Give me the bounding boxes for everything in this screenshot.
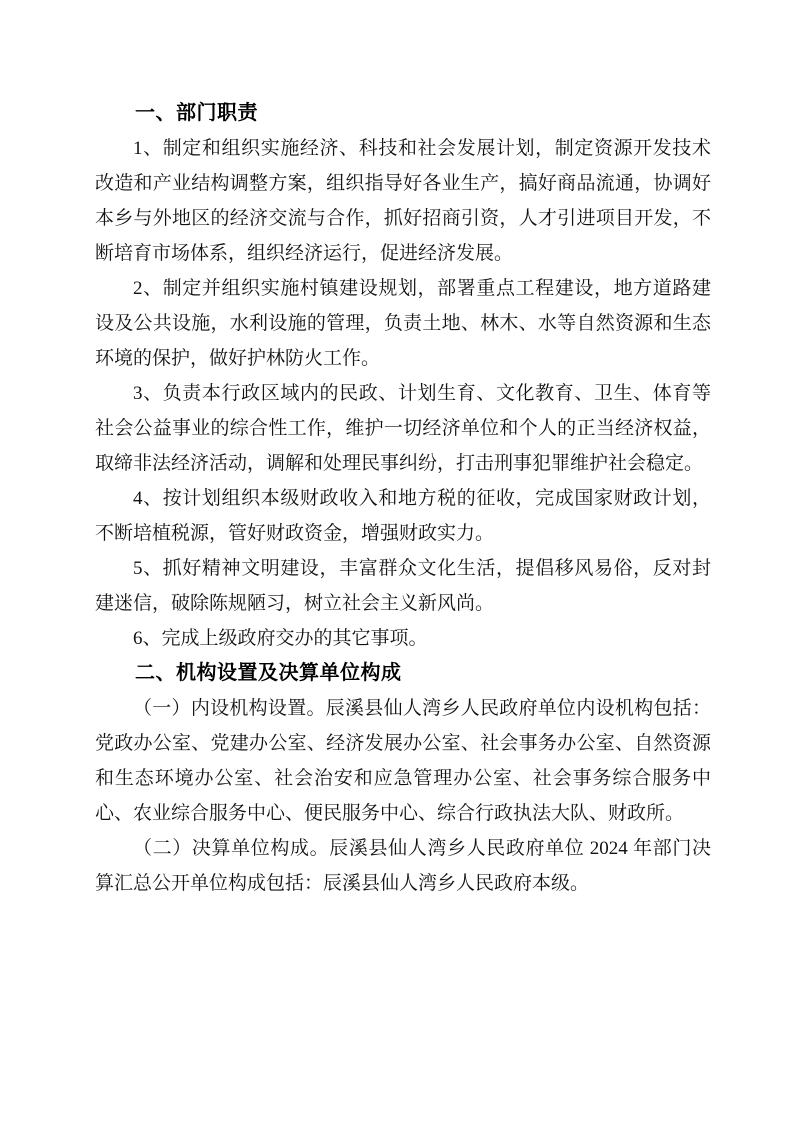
paragraph-duty-6: 6、完成上级政府交办的其它事项。 <box>95 621 711 656</box>
section-heading-department-duties: 一、部门职责 <box>95 96 711 131</box>
paragraph-duty-1: 1、制定和组织实施经济、科技和社会发展计划，制定资源开发技术改造和产业结构调整方… <box>95 131 711 271</box>
document-page: 一、部门职责 1、制定和组织实施经济、科技和社会发展计划，制定资源开发技术改造和… <box>0 0 793 1122</box>
paragraph-duty-5: 5、抓好精神文明建设，丰富群众文化生活，提倡移风易俗，反对封建迷信，破除陈规陋习… <box>95 551 711 621</box>
section-heading-organization-setup: 二、机构设置及决算单位构成 <box>95 656 711 691</box>
paragraph-duty-4: 4、按计划组织本级财政收入和地方税的征收，完成国家财政计划，不断培植税源，管好财… <box>95 481 711 551</box>
paragraph-duty-3: 3、负责本行政区域内的民政、计划生育、文化教育、卫生、体育等社会公益事业的综合性… <box>95 376 711 481</box>
paragraph-final-accounts-units: （二）决算单位构成。辰溪县仙人湾乡人民政府单位 2024 年部门决算汇总公开单位… <box>95 831 711 901</box>
paragraph-duty-2: 2、制定并组织实施村镇建设规划，部署重点工程建设，地方道路建设及公共设施，水利设… <box>95 271 711 376</box>
paragraph-internal-organs: （一）内设机构设置。辰溪县仙人湾乡人民政府单位内设机构包括：党政办公室、党建办公… <box>95 691 711 831</box>
